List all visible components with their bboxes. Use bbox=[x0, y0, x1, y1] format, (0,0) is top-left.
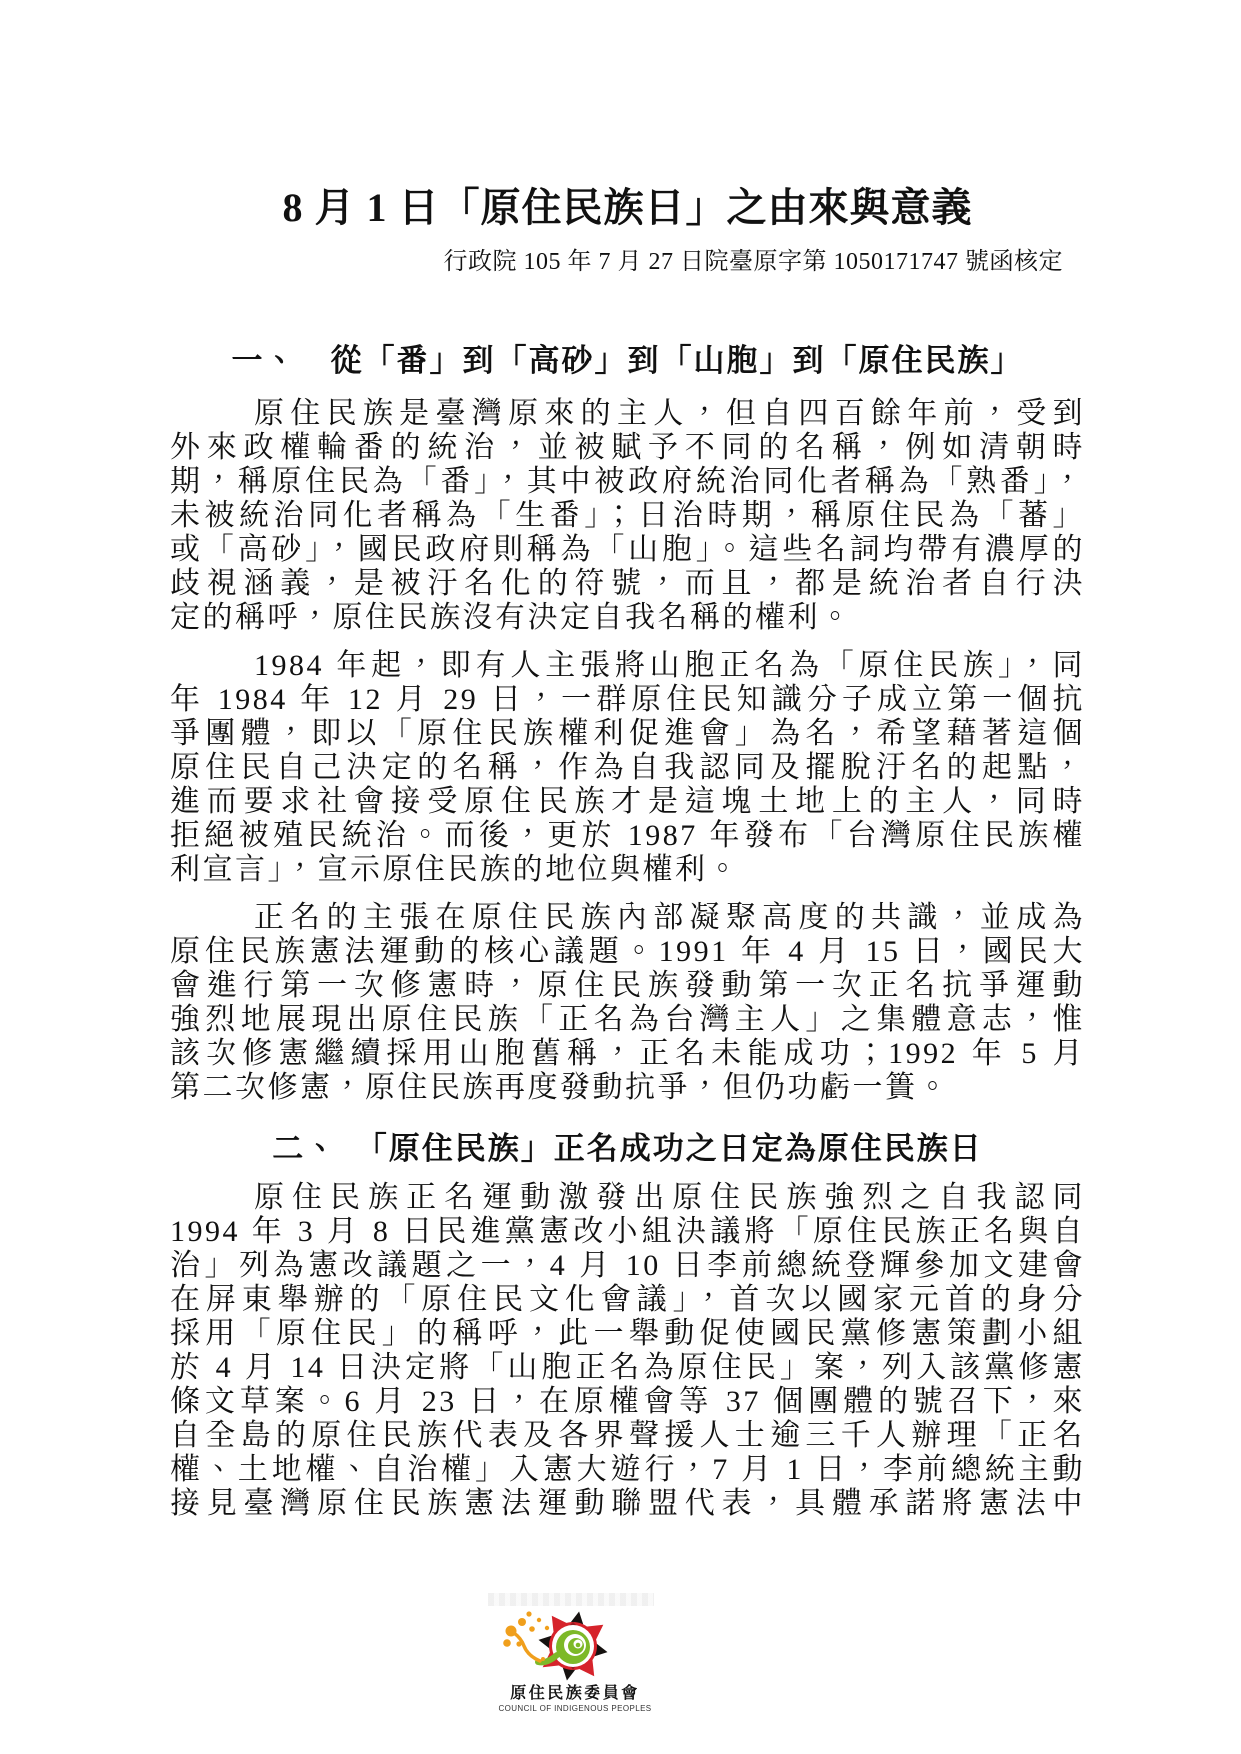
text-line: 正名的主張在原住民族內部凝聚高度的共識，並成為 bbox=[170, 901, 1085, 935]
paragraph-2: 1984 年起，即有人主張將山胞正名為「原住民族」，同 年 1984 年 12 … bbox=[170, 649, 1085, 887]
text-line: 強烈地展現出原住民族「正名為台灣主人」之集體意志，惟 bbox=[170, 1003, 1085, 1037]
cip-logo: 原住民族委員會 COUNCIL OF INDIGENOUS PEOPLES bbox=[495, 1606, 655, 1713]
text-line: 年 1984 年 12 月 29 日，一群原住民知識分子成立第一個抗 bbox=[170, 683, 1085, 717]
paragraph-1: 原住民族是臺灣原來的主人，但自四百餘年前，受到 外來政權輪番的統治，並被賦予不同… bbox=[170, 397, 1085, 635]
text-line: 原住民自己決定的名稱，作為自我認同及擺脫汙名的起點， bbox=[170, 751, 1085, 785]
logo-org-name-en: COUNCIL OF INDIGENOUS PEOPLES bbox=[495, 1704, 655, 1713]
text-line: 拒絕被殖民統治。而後，更於 1987 年發布「台灣原住民族權 bbox=[170, 819, 1085, 853]
text-line: 歧視涵義，是被汙名化的符號，而且，都是統治者自行決 bbox=[170, 567, 1085, 601]
document-title: 8 月 1 日「原住民族日」之由來與意義 bbox=[170, 0, 1085, 233]
text-line: 利宣言」，宣示原住民族的地位與權利。 bbox=[170, 853, 1085, 887]
paragraph-4: 原住民族正名運動激發出原住民族強烈之自我認同 1994 年 3 月 8 日民進黨… bbox=[170, 1181, 1085, 1521]
paragraph-3: 正名的主張在原住民族內部凝聚高度的共識，並成為 原住民族憲法運動的核心議題。19… bbox=[170, 901, 1085, 1105]
section1-heading: 一、 從「番」到「高砂」到「山胞」到「原住民族」 bbox=[170, 341, 1085, 381]
faint-watermark bbox=[488, 1593, 654, 1606]
text-line: 定的稱呼，原住民族沒有決定自我名稱的權利。 bbox=[170, 601, 1085, 635]
text-line: 會進行第一次修憲時，原住民族發動第一次正名抗爭運動 bbox=[170, 969, 1085, 1003]
text-line: 外來政權輪番的統治，並被賦予不同的名稱，例如清朝時 bbox=[170, 431, 1085, 465]
text-line: 1994 年 3 月 8 日民進黨憲改小組決議將「原住民族正名與自 bbox=[170, 1215, 1085, 1249]
document-page: 8 月 1 日「原住民族日」之由來與意義 行政院 105 年 7 月 27 日院… bbox=[0, 0, 1241, 1754]
section2-heading: 二、 「原住民族」正名成功之日定為原住民族日 bbox=[170, 1129, 1085, 1169]
text-line: 接見臺灣原住民族憲法運動聯盟代表，具體承諾將憲法中 bbox=[170, 1487, 1085, 1521]
text-line: 或「高砂」，國民政府則稱為「山胞」。這些名詞均帶有濃厚的 bbox=[170, 533, 1085, 567]
text-line: 爭團體，即以「原住民族權利促進會」為名，希望藉著這個 bbox=[170, 717, 1085, 751]
cip-emblem-icon bbox=[495, 1606, 655, 1684]
text-line: 於 4 月 14 日決定將「山胞正名為原住民」案，列入該黨修憲 bbox=[170, 1351, 1085, 1385]
text-line: 進而要求社會接受原住民族才是這塊土地上的主人，同時 bbox=[170, 785, 1085, 819]
text-line: 在屏東舉辦的「原住民文化會議」，首次以國家元首的身分 bbox=[170, 1283, 1085, 1317]
text-line: 採用「原住民」的稱呼，此一舉動促使國民黨修憲策劃小組 bbox=[170, 1317, 1085, 1351]
logo-org-name-zh: 原住民族委員會 bbox=[495, 1686, 655, 1702]
text-line: 條文草案。6 月 23 日，在原權會等 37 個團體的號召下，來 bbox=[170, 1385, 1085, 1419]
text-line: 期，稱原住民為「番」，其中被政府統治同化者稱為「熟番」， bbox=[170, 465, 1085, 499]
text-line: 原住民族是臺灣原來的主人，但自四百餘年前，受到 bbox=[170, 397, 1085, 431]
text-line: 治」列為憲改議題之一，4 月 10 日李前總統登輝參加文建會 bbox=[170, 1249, 1085, 1283]
text-line: 原住民族憲法運動的核心議題。1991 年 4 月 15 日，國民大 bbox=[170, 935, 1085, 969]
text-line: 第二次修憲，原住民族再度發動抗爭，但仍功虧一簣。 bbox=[170, 1071, 1085, 1105]
text-line: 原住民族正名運動激發出原住民族強烈之自我認同 bbox=[170, 1181, 1085, 1215]
text-line: 未被統治同化者稱為「生番」；日治時期，稱原住民為「蕃」 bbox=[170, 499, 1085, 533]
approval-reference-line: 行政院 105 年 7 月 27 日院臺原字第 1050171747 號函核定 bbox=[170, 247, 1085, 277]
text-line: 權、土地權、自治權」入憲大遊行，7 月 1 日，李前總統主動 bbox=[170, 1453, 1085, 1487]
text-line: 自全島的原住民族代表及各界聲援人士逾三千人辦理「正名 bbox=[170, 1419, 1085, 1453]
text-line: 1984 年起，即有人主張將山胞正名為「原住民族」，同 bbox=[170, 649, 1085, 683]
document-content: 8 月 1 日「原住民族日」之由來與意義 行政院 105 年 7 月 27 日院… bbox=[170, 0, 1085, 1521]
text-line: 該次修憲繼續採用山胞舊稱，正名未能成功；1992 年 5 月 bbox=[170, 1037, 1085, 1071]
